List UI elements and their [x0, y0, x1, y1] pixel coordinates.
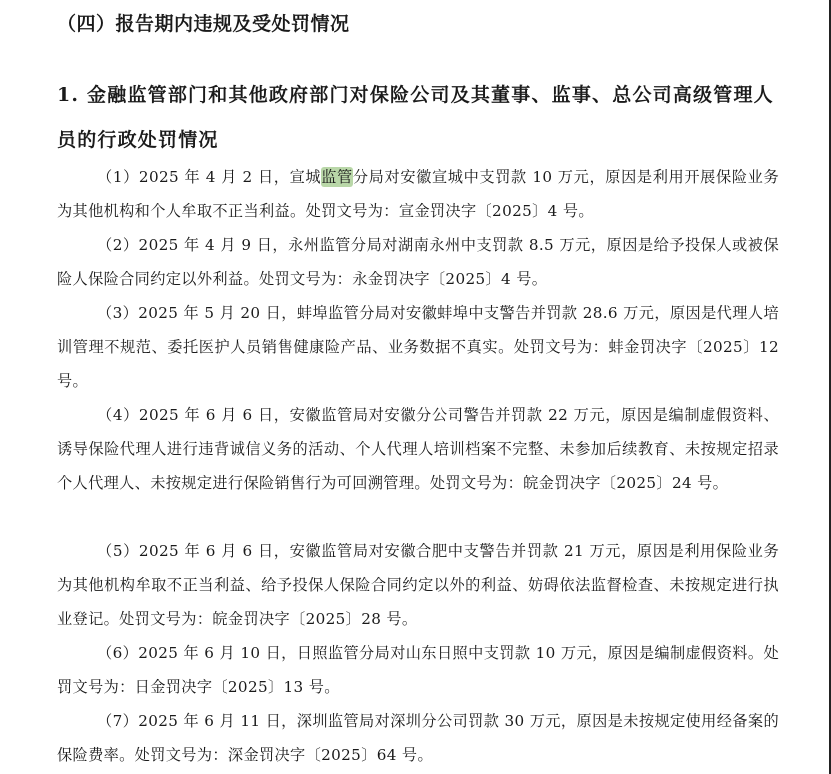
penalty-item-2: （2）2025 年 4 月 9 日，永州监管分局对湖南永州中支罚款 8.5 万元…: [57, 228, 779, 296]
penalty-item-1: （1）2025 年 4 月 2 日，宣城监管分局对安徽宣城中支罚款 10 万元，…: [57, 160, 779, 228]
search-highlight: 监管: [321, 167, 353, 187]
item-text: （1）2025 年 4 月 2 日，宣城: [97, 168, 321, 186]
penalty-item-3: （3）2025 年 5 月 20 日，蚌埠监管分局对安徽蚌埠中支警告并罚款 28…: [57, 296, 779, 398]
penalty-item-7: （7）2025 年 6 月 11 日，深圳监管局对深圳分公司罚款 30 万元，原…: [57, 704, 779, 772]
penalty-item-6: （6）2025 年 6 月 10 日，日照监管分局对山东日照中支罚款 10 万元…: [57, 636, 779, 704]
penalty-item-5: （5）2025 年 6 月 6 日，安徽监管局对安徽合肥中支警告并罚款 21 万…: [57, 534, 779, 636]
section-heading: （四）报告期内违规及受处罚情况: [57, 9, 350, 36]
penalty-item-4: （4）2025 年 6 月 6 日，安徽监管局对安徽分公司警告并罚款 22 万元…: [57, 398, 779, 500]
subsection-heading: 1. 金融监管部门和其他政府部门对保险公司及其董事、监事、总公司高级管理人员的行…: [57, 73, 777, 163]
